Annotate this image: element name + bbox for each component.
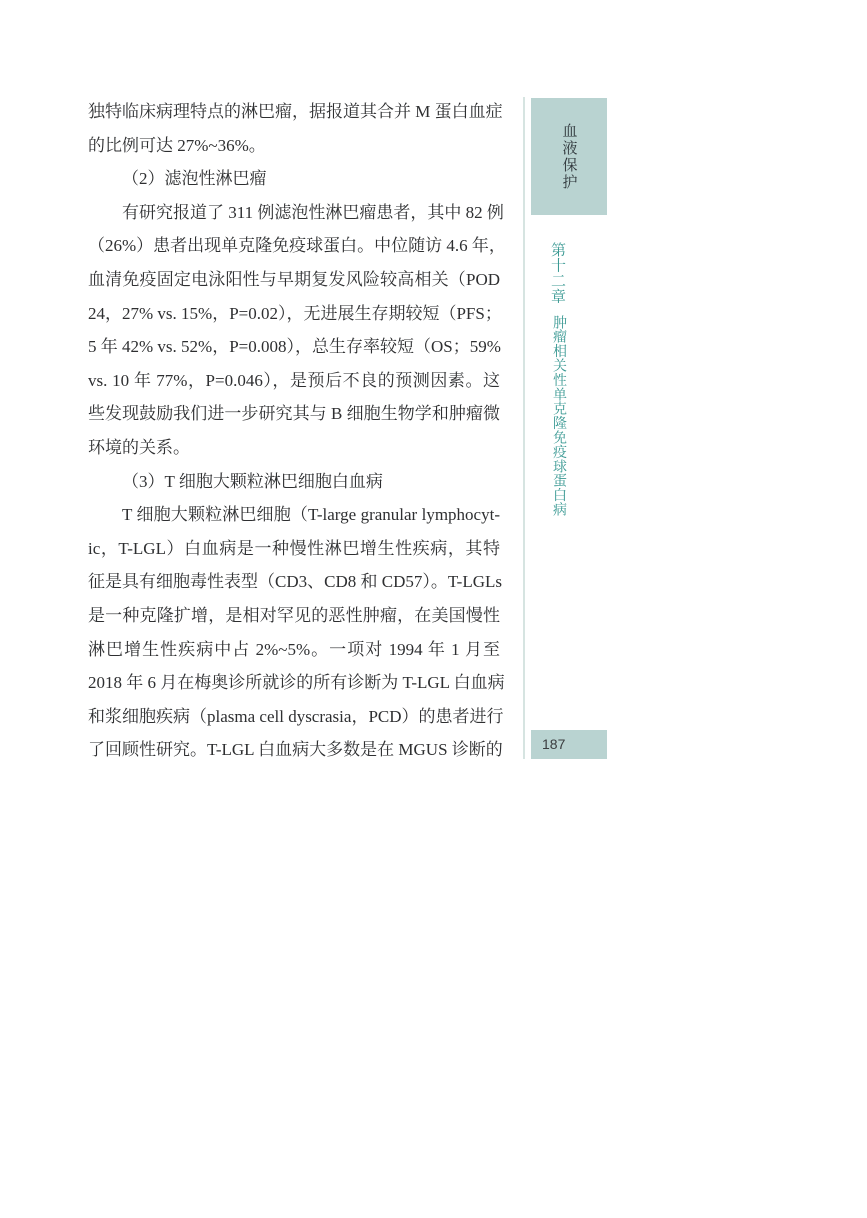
text-line: 和浆细胞疾病（plasma cell dyscrasia，PCD）的患者进行 bbox=[88, 700, 500, 734]
text-line: 5 年 42% vs. 52%，P=0.008），总生存率较短（OS；59% bbox=[88, 330, 500, 364]
text-line: 的比例可达 27%~36%。 bbox=[88, 129, 500, 163]
text-line: 2018 年 6 月在梅奥诊所就诊的所有诊断为 T-LGL 白血病 bbox=[88, 666, 500, 700]
page-number: 187 bbox=[542, 736, 565, 752]
body-text: 独特临床病理特点的淋巴瘤，据报道其合并 M 蛋白血症 的比例可达 27%~36%… bbox=[88, 95, 500, 767]
text-line: 些发现鼓励我们进一步研究其与 B 细胞生物学和肿瘤微 bbox=[88, 397, 500, 431]
text-line: 血清免疫固定电泳阳性与早期复发风险较高相关（POD bbox=[88, 263, 500, 297]
text-line: T 细胞大颗粒淋巴细胞（T-large granular lymphocyt- bbox=[88, 498, 500, 532]
chapter-title: 肿瘤相关性单克隆免疫球蛋白病 bbox=[551, 315, 568, 517]
text-line: vs. 10 年 77%，P=0.046），是预后不良的预测因素。这 bbox=[88, 364, 500, 398]
text-line: （2）滤泡性淋巴瘤 bbox=[88, 162, 500, 196]
page-number-box: 187 bbox=[531, 730, 607, 759]
text-line: 环境的关系。 bbox=[88, 431, 500, 465]
text-line: ic，T-LGL）白血病是一种慢性淋巴增生性疾病，其特 bbox=[88, 532, 500, 566]
text-line: 是一种克隆扩增，是相对罕见的恶性肿瘤，在美国慢性 bbox=[88, 599, 500, 633]
book-title-box: 血液保护 bbox=[531, 98, 607, 215]
text-line: 淋巴增生性疾病中占 2%~5%。一项对 1994 年 1 月至 bbox=[88, 633, 500, 667]
text-line: 征是具有细胞毒性表型（CD3、CD8 和 CD57）。T-LGLs bbox=[88, 565, 500, 599]
book-title: 血液保护 bbox=[559, 123, 580, 191]
chapter-number: 第十二章 bbox=[551, 242, 568, 304]
text-line: 有研究报道了 311 例滤泡性淋巴瘤患者，其中 82 例 bbox=[88, 196, 500, 230]
text-line: 独特临床病理特点的淋巴瘤，据报道其合并 M 蛋白血症 bbox=[88, 95, 500, 129]
text-line: （26%）患者出现单克隆免疫球蛋白。中位随访 4.6 年， bbox=[88, 229, 500, 263]
book-page: 独特临床病理特点的淋巴瘤，据报道其合并 M 蛋白血症 的比例可达 27%~36%… bbox=[0, 0, 867, 1218]
sidebar-rule bbox=[523, 97, 525, 759]
text-line: 24，27% vs. 15%，P=0.02），无进展生存期较短（PFS； bbox=[88, 297, 500, 331]
text-line: 了回顾性研究。T-LGL 白血病大多数是在 MGUS 诊断的 bbox=[88, 733, 500, 767]
text-line: （3）T 细胞大颗粒淋巴细胞白血病 bbox=[88, 465, 500, 499]
